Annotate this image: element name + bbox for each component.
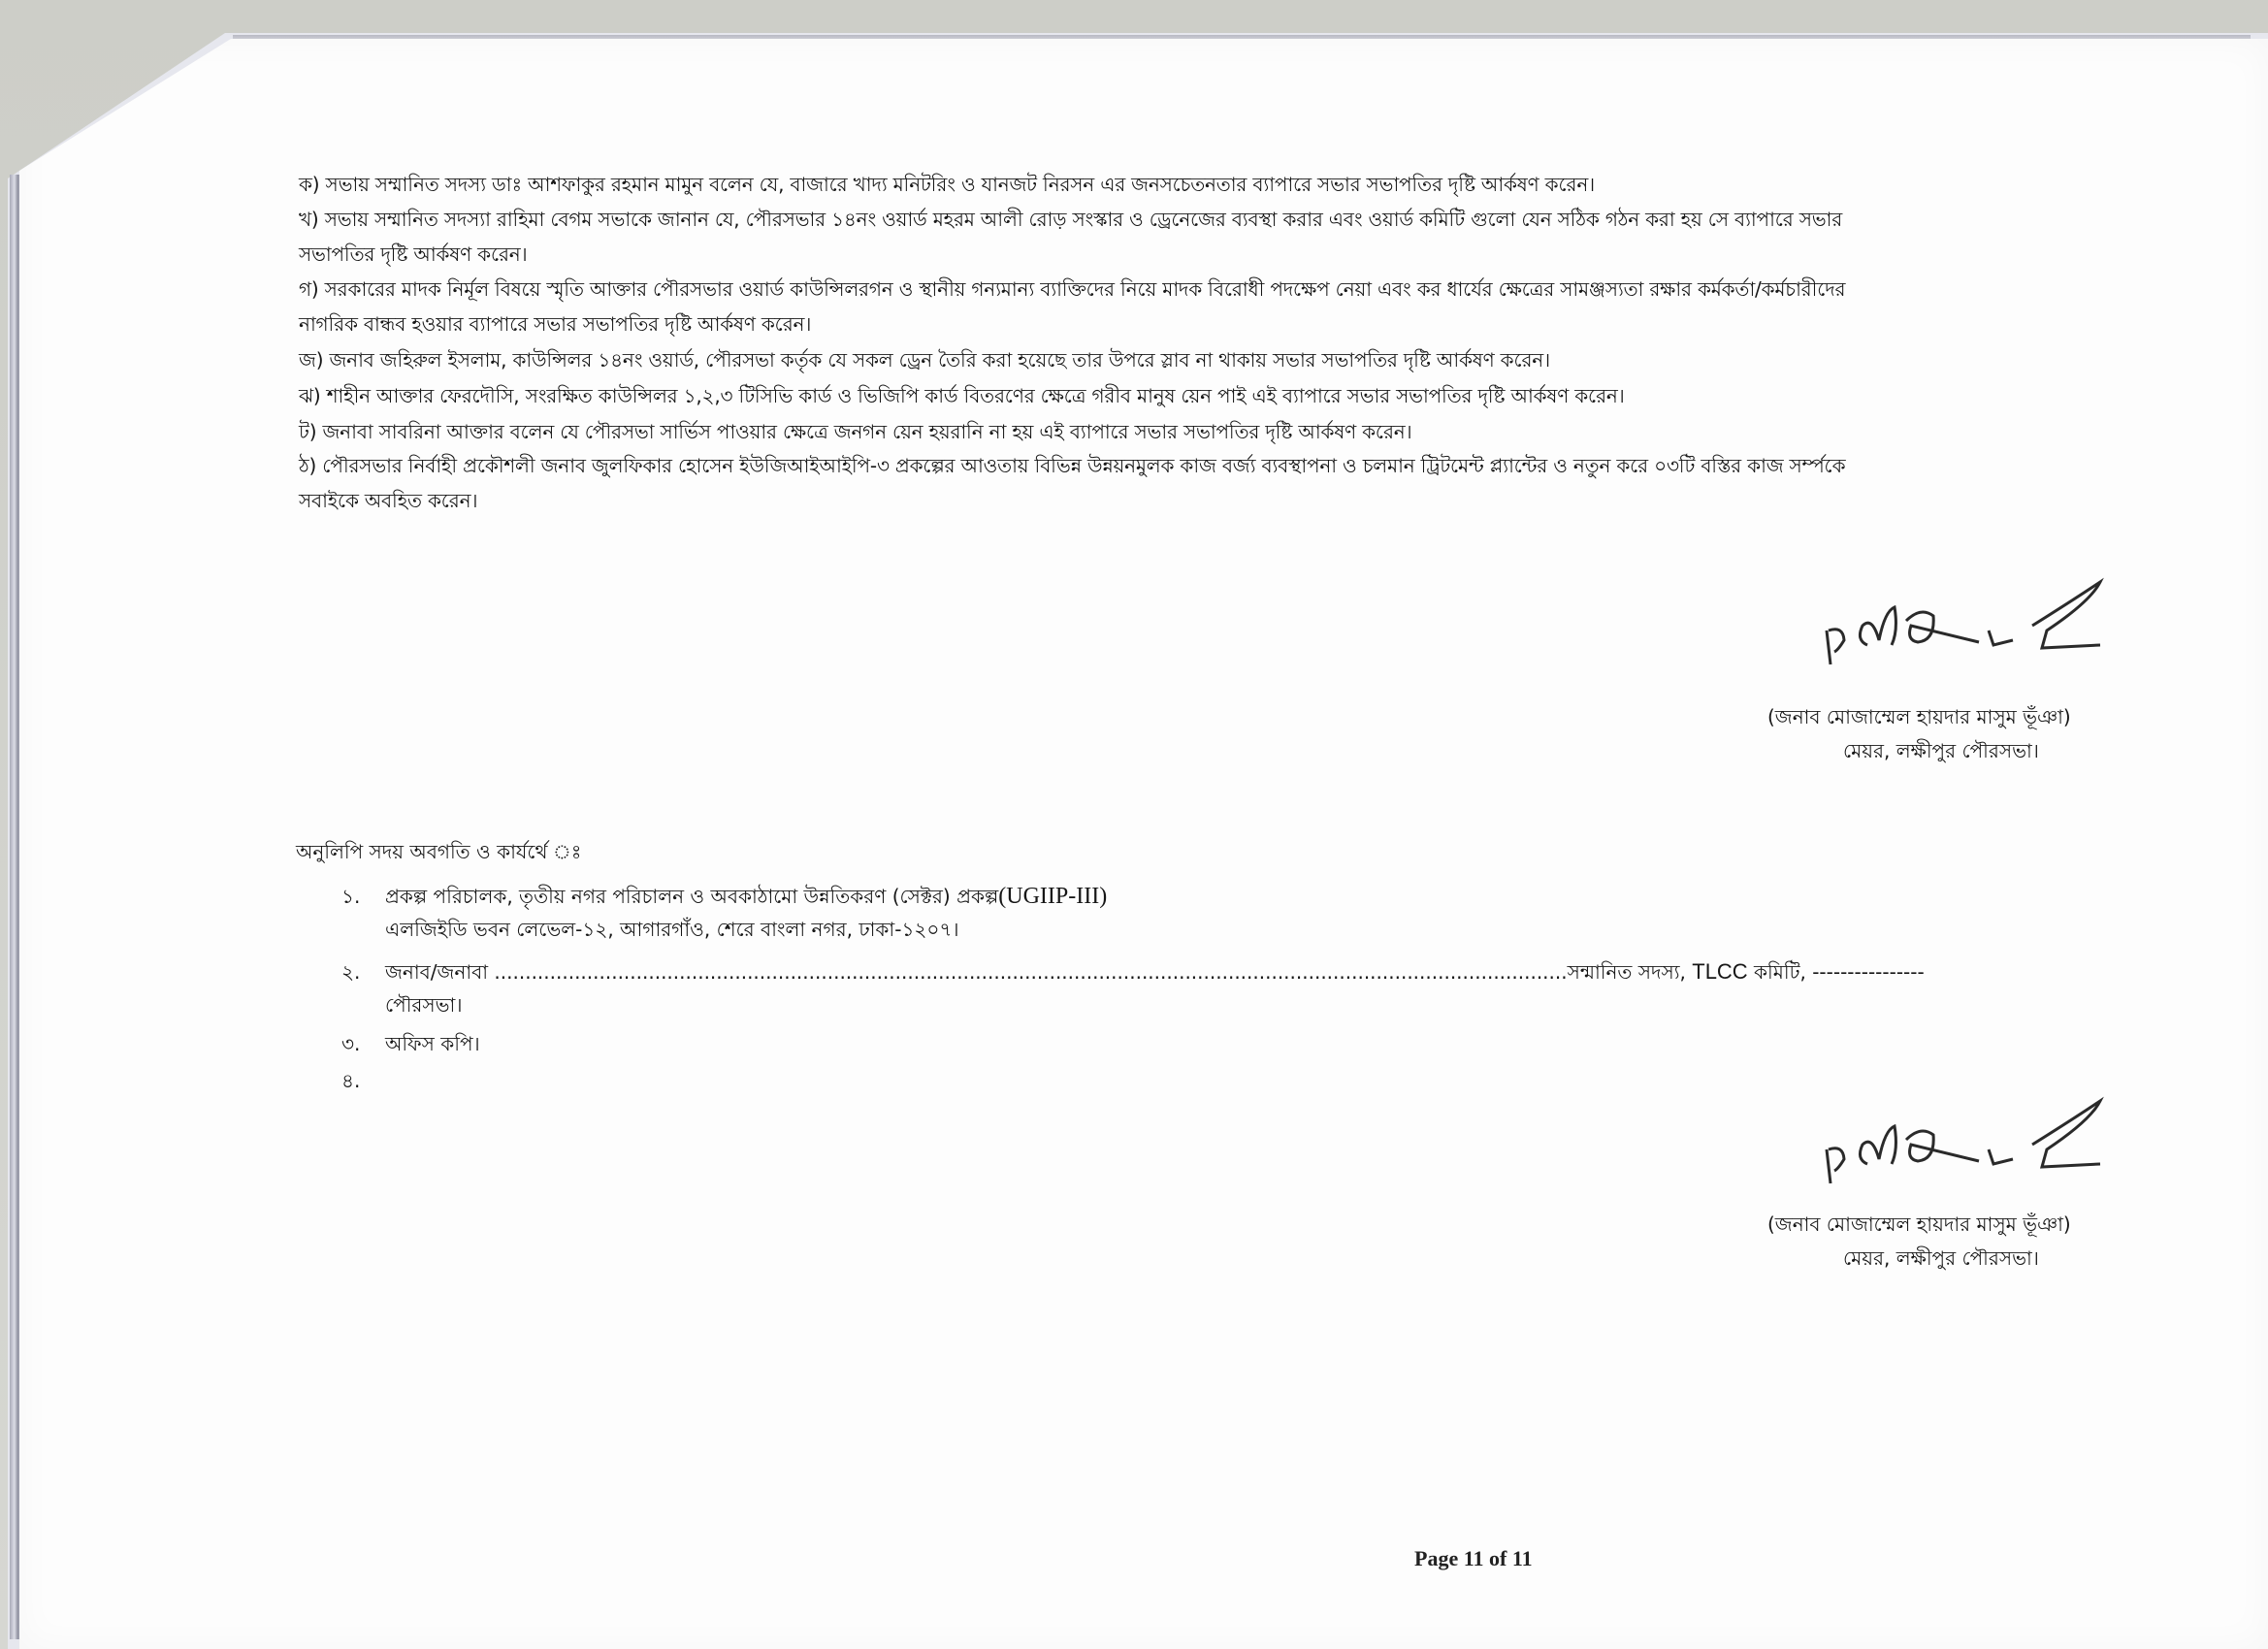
cc-item-number: ৩.	[341, 1026, 385, 1061]
cc-item-4: ৪.	[341, 1063, 385, 1098]
cc-item-suffix-2: কমিটি, ----------------	[1748, 960, 1925, 984]
cc-item-2-line2: পৌরসভা।	[385, 991, 462, 1023]
mayor-signature-2	[1809, 1091, 2120, 1198]
cc-item-2: ২.জনাব/জনাবা ...........................…	[341, 954, 1925, 989]
cc-item-tlcc: TLCC	[1692, 959, 1747, 984]
discussion-item-ka: ক) সভায় সম্মানিত সদস্য ডাঃ আশফাকুর রহমা…	[299, 167, 2190, 202]
discussion-line: ক) সভায় সম্মানিত সদস্য ডাঃ আশফাকুর রহমা…	[299, 167, 2190, 202]
document-content: ক) সভায় সম্মানিত সদস্য ডাঃ আশফাকুর রহমা…	[0, 0, 2268, 1649]
page-number: Page 11 of 11	[1414, 1546, 1533, 1571]
mayor-name-2: (জনাব মোজাম্মেল হায়দার মাসুম ভূঁঞা)	[1767, 1208, 2071, 1241]
cc-blank-dots: ........................................…	[494, 960, 1567, 984]
mayor-title-1: মেয়র, লক্ষীপুর পৌরসভা।	[1843, 734, 2039, 767]
discussion-item-kha: খ) সভায় সম্মানিত সদস্যা রাহিমা বেগম সভা…	[299, 202, 2190, 272]
cc-item-number: ৪.	[341, 1063, 385, 1098]
mayor-name-1: (জনাব মোজাম্মেল হায়দার মাসুম ভূঁঞা)	[1767, 700, 2071, 733]
cc-item-text: অফিস কপি।	[385, 1026, 480, 1061]
cc-item-suffix: সন্মানিত সদস্য,	[1568, 960, 1693, 984]
discussion-line: নাগরিক বান্ধব হওয়ার ব্যাপারে সভার সভাপত…	[299, 307, 2190, 341]
discussion-item-ga: গ) সরকারের মাদক নির্মূল বিষয়ে স্মৃতি আক…	[299, 272, 2190, 341]
cc-item-number: ২.	[341, 954, 385, 989]
discussion-line: সবাইকে অবহিত করেন।	[299, 483, 2190, 518]
discussion-item-ta: ট) জনাবা সাবরিনা আক্তার বলেন যে পৌরসভা স…	[299, 414, 2190, 449]
cc-item-number: ১.	[341, 879, 385, 914]
discussion-line: খ) সভায় সম্মানিত সদস্যা রাহিমা বেগম সভা…	[299, 202, 2190, 237]
cc-item-project-code: (UGIIP-III)	[998, 884, 1107, 909]
cc-heading: অনুলিপি সদয় অবগতি ও কার্যর্থে ঃ	[296, 838, 581, 870]
discussion-line: জ) জনাব জহিরুল ইসলাম, কাউন্সিলর ১৪নং ওয়…	[299, 342, 2190, 377]
cc-item-1-address: এলজিইডি ভবন লেভেল-১২, আগারগাঁও, শেরে বাং…	[385, 916, 959, 948]
cc-item-text: প্রকল্প পরিচালক, তৃতীয় নগর পরিচালন ও অব…	[385, 879, 998, 914]
discussion-line: ঝ) শাহীন আক্তার ফেরদৌসি, সংরক্ষিত কাউন্স…	[299, 378, 2190, 413]
cc-item-prefix: জনাব/জনাবা	[385, 960, 494, 984]
mayor-signature-1	[1809, 572, 2120, 679]
discussion-line: সভাপতির দৃষ্টি আর্কষণ করেন।	[299, 237, 2190, 272]
discussion-item-ja: জ) জনাব জহিরুল ইসলাম, কাউন্সিলর ১৪নং ওয়…	[299, 342, 2190, 377]
cc-item-1: ১.প্রকল্প পরিচালক, তৃতীয় নগর পরিচালন ও …	[341, 879, 1107, 914]
discussion-item-jha: ঝ) শাহীন আক্তার ফেরদৌসি, সংরক্ষিত কাউন্স…	[299, 378, 2190, 413]
cc-item-3: ৩.অফিস কপি।	[341, 1026, 480, 1061]
discussion-item-tha: ঠ) পৌরসভার নির্বাহী প্রকৌশলী জনাব জুলফিক…	[299, 448, 2190, 518]
mayor-title-2: মেয়র, লক্ষীপুর পৌরসভা।	[1843, 1242, 2039, 1275]
discussion-line: ট) জনাবা সাবরিনা আক্তার বলেন যে পৌরসভা স…	[299, 414, 2190, 449]
discussion-line: গ) সরকারের মাদক নির্মূল বিষয়ে স্মৃতি আক…	[299, 272, 2190, 307]
discussion-line: ঠ) পৌরসভার নির্বাহী প্রকৌশলী জনাব জুলফিক…	[299, 448, 2190, 483]
